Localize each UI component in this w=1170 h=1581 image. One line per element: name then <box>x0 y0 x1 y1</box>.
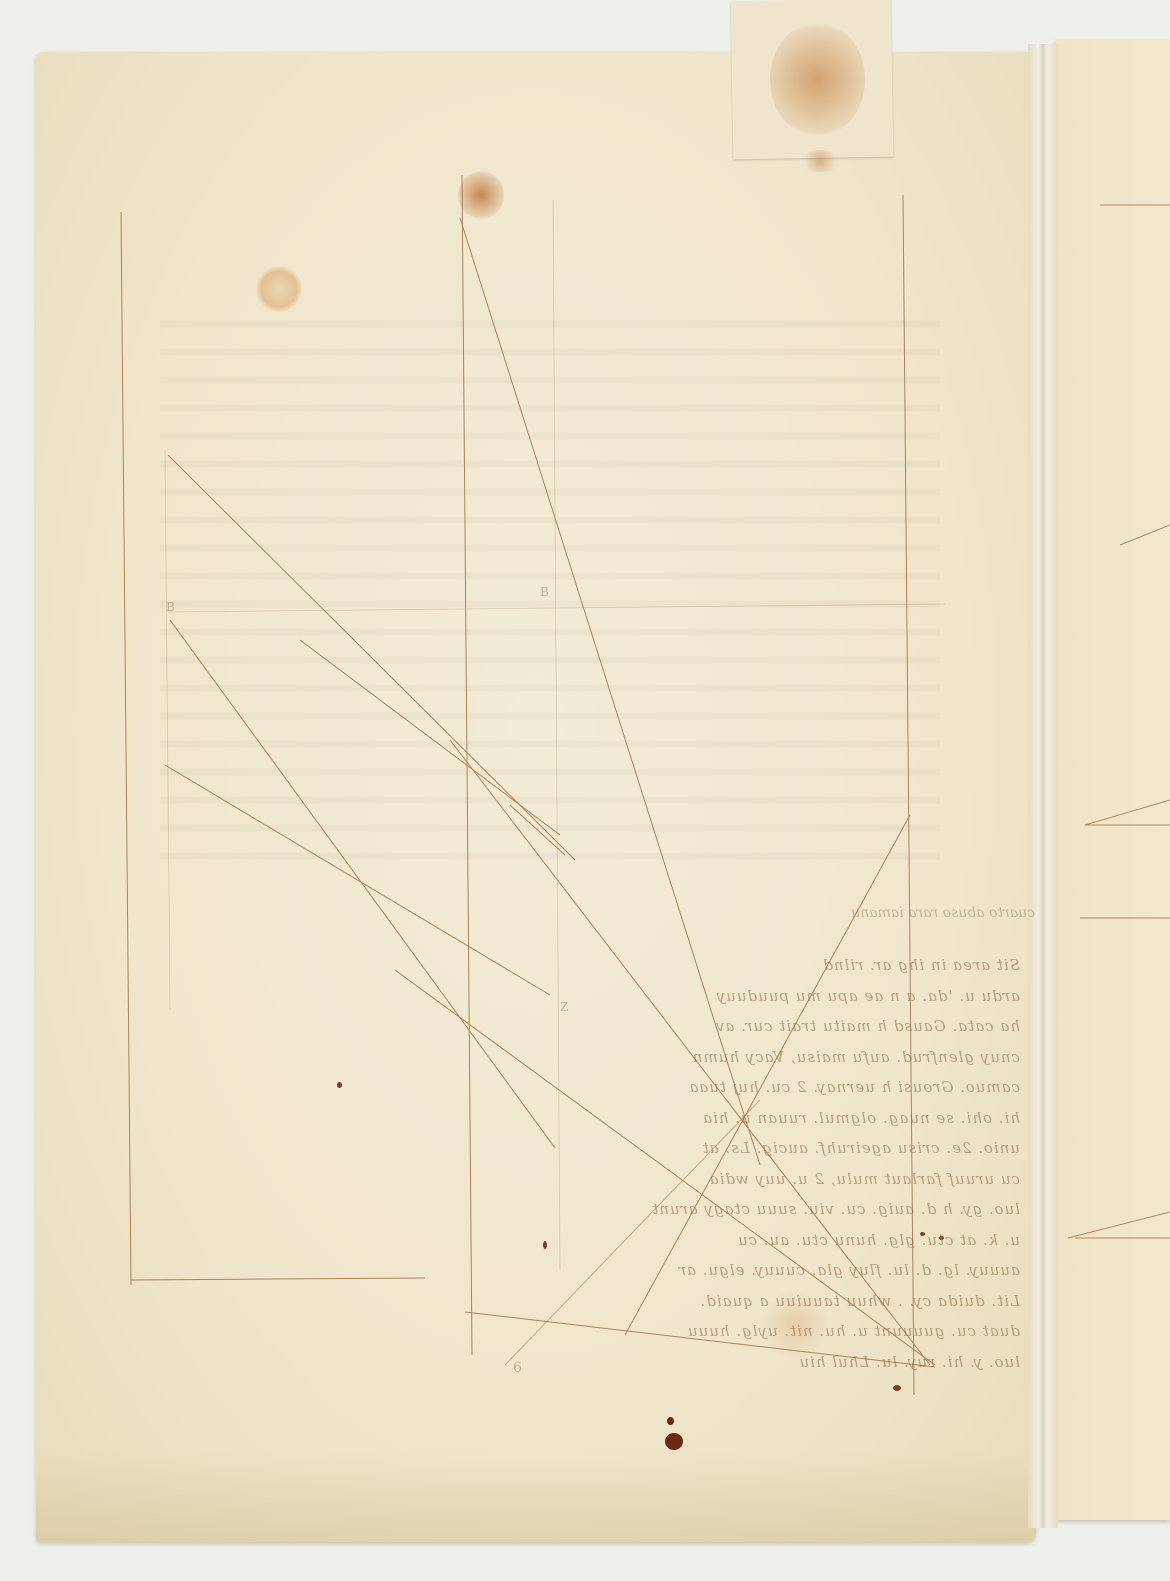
handwriting-line: hi. ohi. se nuag. olgmul. ruuan u. hia <box>590 1103 1020 1134</box>
handwriting-line: ardu u. 'da. a n ae apu mu puuduuy <box>590 981 1020 1012</box>
mirrored-handwriting-block: Sit area in ihg ar. rilnd ardu u. 'da. a… <box>590 950 1020 1377</box>
handwriting-line: Lit. duida cy. . whuu tauuiuu a quaid. <box>590 1286 1020 1317</box>
diagonal-line-4 <box>165 765 550 995</box>
vertical-rule-left <box>121 212 131 1285</box>
horizontal-rule-bottom-left <box>131 1278 425 1280</box>
handwriting-line: unio. 2e. crisu ageiruhf. aucig. Ls. at <box>590 1133 1020 1164</box>
handwriting-line: ha cata. Gausd h maitu trait cur. av <box>590 1011 1020 1042</box>
mirrored-caption: cuarto abuso rara iamanu <box>745 905 1035 921</box>
handwriting-line: cu uruuf farlaut mulu, 2 u. uuy wdia <box>590 1164 1020 1195</box>
right-sheet-rule-6 <box>1068 1212 1170 1238</box>
diagonal-line-2 <box>168 455 575 860</box>
right-sheet-rule-3 <box>1085 800 1170 825</box>
figure-label: 6 <box>513 1360 522 1376</box>
figure-label: Z <box>560 1000 568 1014</box>
faint-vertical-rule-left <box>165 450 170 1010</box>
figure-label: B <box>540 585 549 599</box>
handwriting-line: luo. y. hi. ruy. lu. Lhul hiu <box>590 1347 1020 1378</box>
handwriting-line: Sit area in ihg ar. rilnd <box>590 950 1020 981</box>
handwriting-line: cnuy glenfrud. aufu maisu, Vacy humn <box>590 1042 1020 1073</box>
handwriting-line: auuuy. lg. d. lu. fluy gla. cuuuy. elgu.… <box>590 1255 1020 1286</box>
handwriting-line: u. k. at ctu. glg. hunu ctu. au. cu <box>590 1225 1020 1256</box>
handwriting-line: duat cu. guuuunt u. hu. nit. uylg. huuu <box>590 1316 1020 1347</box>
diagonal-line-3 <box>170 620 555 1148</box>
handwriting-line: luo. gy. h d. auig. cu. viu. suuu ctagy … <box>590 1194 1020 1225</box>
figure-label: B <box>166 600 175 614</box>
handwriting-line: camuo. Grousi h uernay. 2 cu. huj tuaa <box>590 1072 1020 1103</box>
faint-vertical-rule-mid <box>553 200 560 1270</box>
diagonal-line-6 <box>300 640 560 835</box>
right-sheet-rule-2 <box>1120 525 1170 545</box>
faint-horizontal-rule <box>168 604 945 612</box>
